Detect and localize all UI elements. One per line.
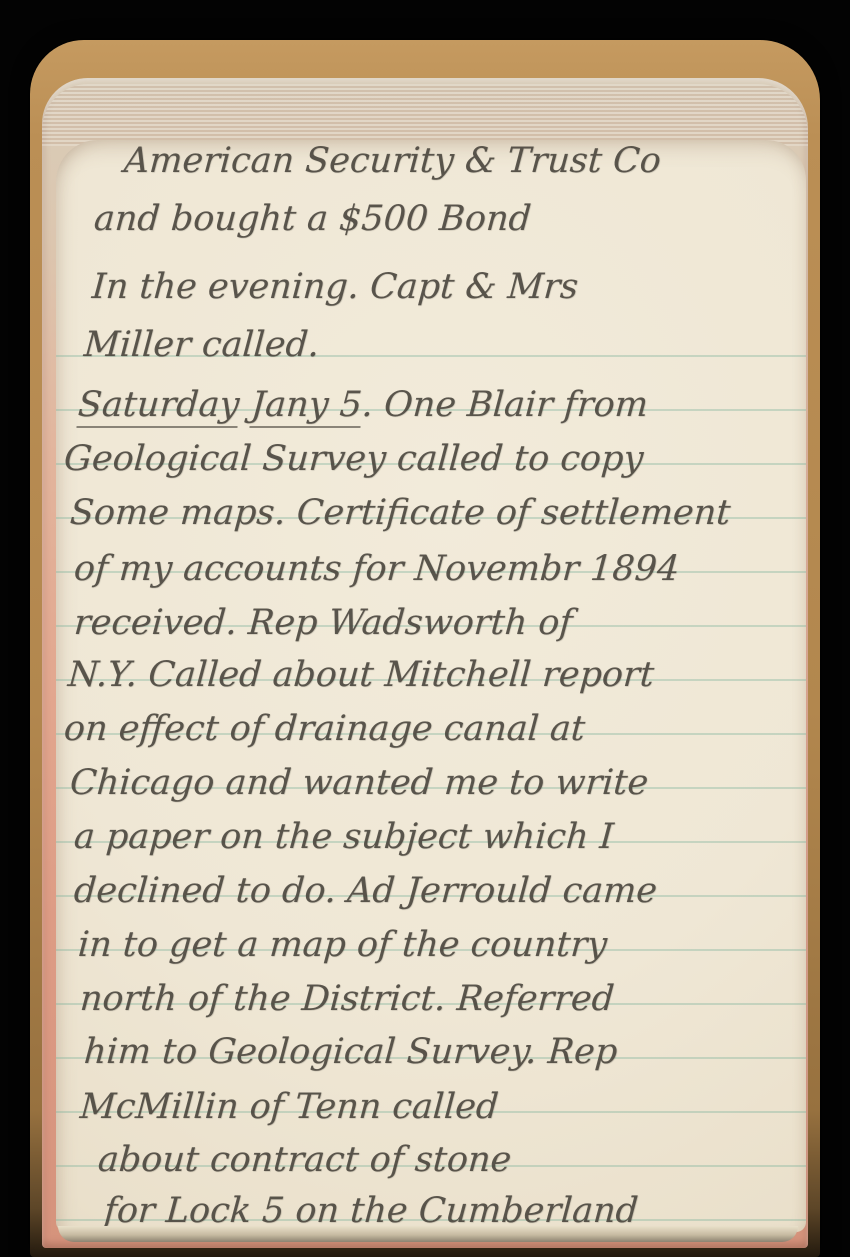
notebook-page: American Security & Trust Co and bought … [56,140,806,1232]
handwritten-line-8: of my accounts for Novembr 1894 [73,552,681,587]
handwritten-line-2: and bought a $500 Bond [93,202,532,237]
handwritten-line-1: American Security & Trust Co [123,144,662,179]
page-bottom-curl [58,1226,798,1242]
handwritten-line-13: a paper on the subject which I [73,820,615,855]
handwritten-line-3: In the evening. Capt & Mrs [91,270,580,305]
handwritten-line-20: for Lock 5 on the Cumberland [103,1194,640,1229]
handwritten-line-18: McMillin of Tenn called [79,1090,500,1125]
handwritten-line-6: Geological Survey called to copy [63,442,645,477]
handwritten-line-14: declined to do. Ad Jerrould came [73,874,658,909]
handwritten-line-16: north of the District. Referred [79,982,616,1017]
handwritten-line-19: about contract of stone [97,1143,513,1178]
underlined-date-word: Jany 5 [250,385,364,428]
line-5-rest: . One Blair from [360,385,649,425]
handwritten-line-10: N.Y. Called about Mitchell report [67,658,655,693]
handwritten-line-5-date-heading: SaturdayJany 5. One Blair from [77,388,649,423]
underlined-day-word: Saturday [76,385,240,428]
handwritten-line-17: him to Geological Survey. Rep [83,1035,619,1070]
notebook-photo: American Security & Trust Co and bought … [0,0,850,1257]
handwritten-line-12: Chicago and wanted me to write [69,766,650,801]
handwritten-line-11: on effect of drainage canal at [63,712,586,747]
handwritten-line-9: received. Rep Wadsworth of [73,606,574,641]
handwritten-line-15: in to get a map of the country [77,928,608,963]
handwritten-line-4: Miller called. [83,328,321,363]
handwritten-line-7: Some maps. Certificate of settlement [69,496,732,531]
